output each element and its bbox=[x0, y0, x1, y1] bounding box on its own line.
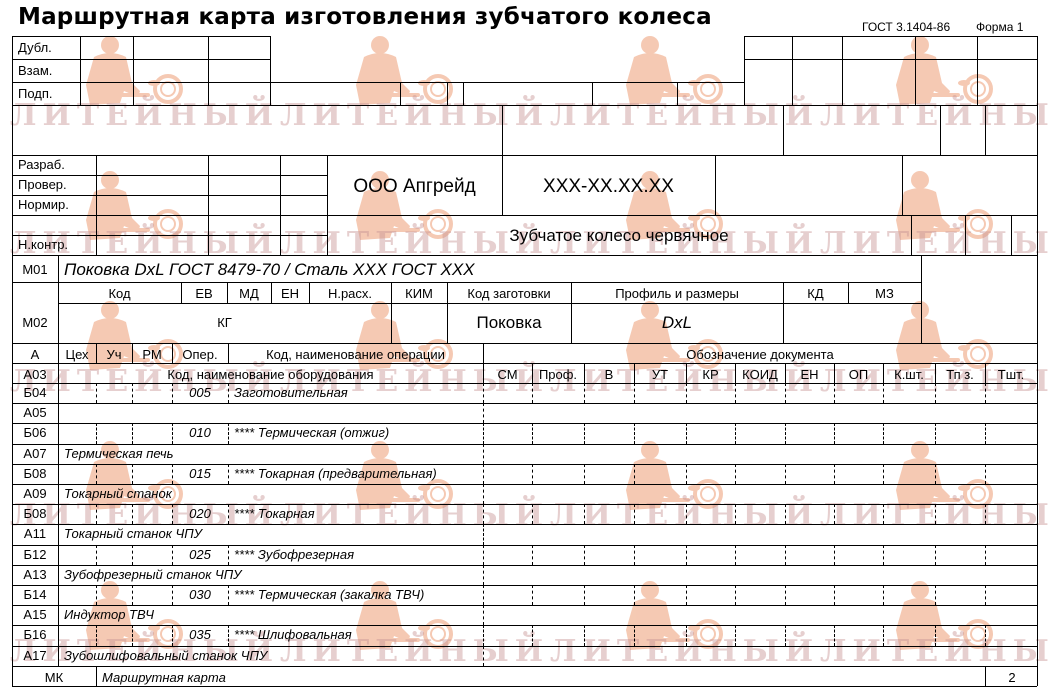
grid-line bbox=[133, 36, 134, 105]
grid-line bbox=[80, 36, 81, 105]
grid-line bbox=[584, 504, 585, 524]
watermark-text: ЛИТЕЙНЫЙ bbox=[820, 498, 1051, 533]
operation-number: 025 bbox=[172, 547, 228, 563]
grid-line bbox=[735, 423, 736, 444]
row-code: А07 bbox=[12, 446, 58, 462]
grid-line bbox=[532, 625, 533, 646]
grid-line bbox=[58, 585, 59, 605]
grid-line bbox=[12, 282, 921, 283]
grid-line bbox=[532, 585, 533, 605]
grid-line bbox=[96, 666, 97, 686]
grid-line bbox=[483, 403, 484, 423]
label-vzam: Взам. bbox=[18, 63, 52, 79]
grid-line bbox=[58, 464, 59, 484]
grid-line bbox=[228, 585, 229, 605]
page-number: 2 bbox=[987, 670, 1037, 686]
grid-line bbox=[634, 545, 635, 565]
grid-line bbox=[735, 383, 736, 403]
grid-line bbox=[58, 545, 59, 565]
equipment-name: Зубошлифовальный станок ЧПУ bbox=[64, 648, 267, 664]
label-podp: Подп. bbox=[18, 86, 53, 102]
grid-line bbox=[834, 383, 835, 403]
watermark-text: ЛИТЕЙНЫЙ bbox=[550, 98, 819, 133]
operation-number: 005 bbox=[172, 385, 228, 401]
grid-line bbox=[532, 504, 533, 524]
grid-line bbox=[208, 36, 209, 105]
grid-line bbox=[483, 565, 484, 585]
header-ev: ЕВ bbox=[181, 286, 227, 302]
grid-line bbox=[965, 215, 966, 255]
header-en: ЕН bbox=[271, 286, 309, 302]
profile-value: DxL bbox=[571, 313, 783, 333]
grid-line bbox=[96, 423, 97, 444]
worker-watermark-icon bbox=[350, 300, 460, 375]
operation-name: Заготовительная bbox=[234, 385, 348, 401]
grid-line bbox=[584, 464, 585, 484]
page-title: Маршрутная карта изготовления зубчатого … bbox=[18, 4, 712, 30]
watermark-text: ЛИТЕЙНЫЙ bbox=[10, 98, 279, 133]
grid-line bbox=[634, 585, 635, 605]
grid-line bbox=[532, 545, 533, 565]
grid-line bbox=[483, 484, 484, 504]
header-oper: Опер. bbox=[172, 347, 228, 363]
grid-line bbox=[744, 36, 1037, 37]
worker-watermark-icon bbox=[620, 580, 730, 655]
grid-line bbox=[686, 464, 687, 484]
grid-line bbox=[735, 545, 736, 565]
grid-line bbox=[58, 444, 59, 464]
grid-line bbox=[834, 464, 835, 484]
grid-line bbox=[686, 545, 687, 565]
param-header: ЕН bbox=[785, 367, 834, 383]
grid-line bbox=[935, 383, 936, 403]
row-code: А09 bbox=[12, 486, 58, 502]
param-header: Тшт. bbox=[985, 367, 1037, 383]
grid-line bbox=[12, 235, 327, 236]
row-code-m01: М01 bbox=[12, 262, 58, 278]
grid-line bbox=[921, 255, 922, 343]
grid-line bbox=[634, 464, 635, 484]
grid-line bbox=[785, 464, 786, 484]
grid-line bbox=[634, 625, 635, 646]
header-kd: КД bbox=[783, 286, 848, 302]
grid-line bbox=[883, 545, 884, 565]
grid-line bbox=[270, 36, 271, 105]
grid-line bbox=[935, 585, 936, 605]
grid-line bbox=[883, 585, 884, 605]
header-profile: Профиль и размеры bbox=[571, 286, 783, 302]
watermark-text: ЛИТЕЙНЫЙ bbox=[820, 634, 1051, 669]
grid-line bbox=[228, 464, 229, 484]
grid-line bbox=[592, 82, 593, 105]
grid-line bbox=[483, 605, 484, 625]
watermark-text: ЛИТЕЙНЫЙ bbox=[820, 98, 1051, 133]
grid-line bbox=[584, 625, 585, 646]
grid-line bbox=[1037, 155, 1038, 686]
grid-line bbox=[96, 464, 97, 484]
grid-line bbox=[228, 423, 229, 444]
grid-line bbox=[58, 423, 59, 444]
grid-line bbox=[1037, 36, 1038, 155]
watermark-text: ЛИТЕЙНЫЙ bbox=[550, 634, 819, 669]
grid-line bbox=[12, 484, 1037, 485]
grid-line bbox=[58, 646, 59, 666]
grid-line bbox=[686, 504, 687, 524]
part-name: Зубчатое колесо червячное bbox=[327, 226, 911, 246]
grid-line bbox=[483, 504, 484, 524]
row-code: Б04 bbox=[12, 385, 58, 401]
grid-line bbox=[584, 383, 585, 403]
param-header: Тп з. bbox=[935, 367, 985, 383]
grid-line bbox=[584, 423, 585, 444]
header-operation-name: Код, наименование операции bbox=[228, 347, 483, 363]
grid-line bbox=[208, 155, 209, 255]
grid-line bbox=[280, 155, 281, 255]
grid-line bbox=[715, 155, 716, 215]
grid-line bbox=[483, 646, 484, 666]
param-header: Проф. bbox=[532, 367, 584, 383]
worker-watermark-icon bbox=[620, 300, 730, 375]
header-equipment: Код, наименование оборудования bbox=[58, 367, 483, 383]
grid-line bbox=[58, 625, 59, 646]
operation-number: 020 bbox=[172, 506, 228, 522]
grid-line bbox=[911, 215, 912, 255]
grid-line bbox=[12, 585, 1037, 586]
worker-watermark-icon bbox=[80, 35, 190, 110]
param-header: КР bbox=[686, 367, 735, 383]
grid-line bbox=[985, 105, 986, 155]
grid-line bbox=[483, 464, 484, 484]
grid-line bbox=[463, 82, 464, 105]
grid-line bbox=[12, 155, 1037, 156]
row-code-a03: А03 bbox=[12, 367, 58, 383]
grid-line bbox=[834, 625, 835, 646]
operation-number: 035 bbox=[172, 627, 228, 643]
grid-line bbox=[58, 524, 59, 545]
operation-number: 015 bbox=[172, 466, 228, 482]
operation-name: **** Зубофрезерная bbox=[234, 547, 354, 563]
grid-line bbox=[58, 504, 59, 524]
grid-line bbox=[12, 686, 1037, 687]
standard-label: ГОСТ 3.1404-86 bbox=[862, 20, 950, 34]
watermark-text: ЛИТЕЙНЫЙ bbox=[280, 498, 549, 533]
grid-line bbox=[935, 423, 936, 444]
material-text: Поковка DxL ГОСТ 8479-70 / Сталь XXX ГОС… bbox=[64, 260, 475, 280]
grid-line bbox=[58, 383, 59, 403]
grid-line bbox=[58, 303, 921, 304]
grid-line bbox=[327, 215, 1037, 216]
grid-line bbox=[12, 255, 1037, 256]
grid-line bbox=[935, 504, 936, 524]
grid-line bbox=[132, 585, 133, 605]
grid-line bbox=[58, 484, 59, 504]
param-header: ОП bbox=[834, 367, 883, 383]
grid-line bbox=[785, 545, 786, 565]
grid-line bbox=[985, 383, 986, 403]
grid-line bbox=[985, 585, 986, 605]
grid-line bbox=[985, 625, 986, 646]
grid-line bbox=[686, 423, 687, 444]
grid-line bbox=[12, 444, 1037, 445]
grid-line bbox=[483, 524, 484, 545]
grid-line bbox=[228, 545, 229, 565]
grid-line bbox=[902, 155, 903, 215]
grid-line bbox=[483, 625, 484, 646]
document-code: XXX-XX.XX.XX bbox=[502, 176, 715, 198]
grid-line bbox=[532, 423, 533, 444]
grid-line bbox=[400, 82, 401, 105]
operation-name: **** Токарная (предварительная) bbox=[234, 466, 437, 482]
grid-line bbox=[12, 524, 1037, 525]
row-code: А11 bbox=[12, 526, 58, 542]
grid-line bbox=[834, 545, 835, 565]
grid-line bbox=[12, 36, 270, 37]
grid-line bbox=[132, 625, 133, 646]
grid-line bbox=[12, 343, 1037, 344]
grid-line bbox=[634, 423, 635, 444]
grid-line bbox=[634, 504, 635, 524]
grid-line bbox=[96, 625, 97, 646]
equipment-name: Токарный станок bbox=[64, 486, 172, 502]
row-code-m02: М02 bbox=[12, 315, 58, 331]
grid-line bbox=[935, 545, 936, 565]
grid-line bbox=[1011, 215, 1012, 255]
grid-line bbox=[940, 105, 941, 155]
header-kim: КИМ bbox=[391, 286, 447, 302]
grid-line bbox=[883, 504, 884, 524]
footer-code: МК bbox=[12, 670, 96, 686]
footer-name: Маршрутная карта bbox=[102, 670, 226, 686]
grid-line bbox=[12, 565, 1037, 566]
grid-line bbox=[785, 423, 786, 444]
row-code: Б06 bbox=[12, 425, 58, 441]
grid-line bbox=[483, 383, 484, 403]
operation-number: 010 bbox=[172, 425, 228, 441]
grid-line bbox=[883, 464, 884, 484]
grid-line bbox=[132, 423, 133, 444]
param-header: УТ bbox=[634, 367, 686, 383]
grid-line bbox=[58, 605, 59, 625]
grid-line bbox=[58, 255, 59, 282]
grid-line bbox=[785, 504, 786, 524]
row-code: Б16 bbox=[12, 627, 58, 643]
blank-type-value: Поковка bbox=[447, 313, 571, 333]
grid-line bbox=[58, 565, 59, 585]
worker-watermark-icon bbox=[620, 35, 730, 110]
header-uch: Уч bbox=[96, 347, 132, 363]
grid-line bbox=[12, 605, 1037, 606]
grid-line bbox=[915, 36, 916, 105]
grid-line bbox=[735, 504, 736, 524]
grid-line bbox=[12, 666, 1037, 667]
grid-line bbox=[883, 423, 884, 444]
grid-line bbox=[735, 625, 736, 646]
grid-line bbox=[483, 423, 484, 444]
header-nrash: Н.расх. bbox=[309, 286, 391, 302]
grid-line bbox=[686, 383, 687, 403]
operation-name: **** Токарная bbox=[234, 506, 315, 522]
organization-name: ООО Апгрейд bbox=[327, 176, 502, 198]
grid-line bbox=[132, 504, 133, 524]
row-code: Б08 bbox=[12, 506, 58, 522]
param-header: К.шт. bbox=[883, 367, 935, 383]
grid-line bbox=[12, 625, 1037, 626]
grid-line bbox=[584, 545, 585, 565]
worker-watermark-icon bbox=[620, 440, 730, 515]
row-code: Б14 bbox=[12, 587, 58, 603]
header-tseh: Цех bbox=[58, 347, 96, 363]
grid-line bbox=[483, 585, 484, 605]
grid-line bbox=[12, 215, 327, 216]
header-a: А bbox=[12, 347, 58, 363]
grid-line bbox=[228, 383, 229, 403]
grid-line bbox=[785, 383, 786, 403]
header-document: Обозначение документа bbox=[483, 347, 1037, 363]
row-code: А15 bbox=[12, 607, 58, 623]
param-header: СМ bbox=[483, 367, 532, 383]
grid-line bbox=[935, 625, 936, 646]
grid-line bbox=[744, 59, 1037, 60]
grid-line bbox=[12, 59, 270, 60]
equipment-name: Токарный станок ЧПУ bbox=[64, 526, 202, 542]
grid-line bbox=[977, 36, 978, 105]
worker-watermark-icon bbox=[80, 300, 190, 375]
grid-line bbox=[985, 545, 986, 565]
grid-line bbox=[270, 82, 744, 83]
operation-number: 030 bbox=[172, 587, 228, 603]
grid-line bbox=[883, 383, 884, 403]
grid-line bbox=[12, 105, 13, 255]
param-header: В bbox=[584, 367, 634, 383]
watermark-text: ЛИТЕЙНЫЙ bbox=[280, 98, 549, 133]
worker-watermark-icon bbox=[890, 440, 1000, 515]
grid-line bbox=[834, 585, 835, 605]
grid-line bbox=[132, 383, 133, 403]
grid-line bbox=[12, 464, 1037, 465]
grid-line bbox=[12, 195, 327, 196]
grid-line bbox=[783, 105, 784, 155]
grid-line bbox=[12, 646, 1037, 647]
grid-line bbox=[12, 105, 1037, 106]
row-code: А13 bbox=[12, 567, 58, 583]
grid-line bbox=[483, 444, 484, 464]
operation-name: **** Шлифовальная bbox=[234, 627, 352, 643]
grid-line bbox=[584, 585, 585, 605]
grid-line bbox=[12, 423, 1037, 424]
row-code: Б12 bbox=[12, 547, 58, 563]
grid-line bbox=[883, 625, 884, 646]
worker-watermark-icon bbox=[890, 35, 1000, 110]
grid-line bbox=[12, 36, 13, 105]
grid-line bbox=[532, 464, 533, 484]
worker-watermark-icon bbox=[80, 170, 190, 245]
grid-line bbox=[735, 464, 736, 484]
header-kod: Код bbox=[58, 286, 181, 302]
label-razrab: Разраб. bbox=[18, 157, 65, 173]
row-code: А05 bbox=[12, 405, 58, 421]
watermark-text: ЛИТЕЙНЫЙ bbox=[550, 498, 819, 533]
equipment-name: Индуктор ТВЧ bbox=[64, 607, 154, 623]
worker-watermark-icon bbox=[890, 300, 1000, 375]
grid-line bbox=[834, 423, 835, 444]
grid-line bbox=[132, 464, 133, 484]
equipment-name: Термическая печь bbox=[64, 446, 173, 462]
grid-line bbox=[12, 504, 1037, 505]
grid-line bbox=[96, 504, 97, 524]
grid-line bbox=[12, 403, 1037, 404]
grid-line bbox=[985, 423, 986, 444]
grid-line bbox=[483, 545, 484, 565]
unit-value: КГ bbox=[58, 315, 391, 331]
grid-line bbox=[12, 82, 270, 83]
grid-line bbox=[502, 105, 503, 155]
header-mz: МЗ bbox=[848, 286, 921, 302]
grid-line bbox=[447, 82, 448, 105]
row-code: А17 bbox=[12, 648, 58, 664]
equipment-name: Зубофрезерный станок ЧПУ bbox=[64, 567, 241, 583]
grid-line bbox=[834, 504, 835, 524]
grid-line bbox=[96, 383, 97, 403]
grid-line bbox=[12, 383, 1037, 384]
grid-line bbox=[58, 403, 59, 423]
header-kod-zagotovki: Код заготовки bbox=[447, 286, 571, 302]
grid-line bbox=[677, 82, 678, 105]
grid-line bbox=[228, 625, 229, 646]
grid-line bbox=[735, 585, 736, 605]
grid-line bbox=[785, 585, 786, 605]
grid-line bbox=[792, 36, 793, 105]
grid-line bbox=[935, 464, 936, 484]
label-dubl: Дубл. bbox=[18, 40, 52, 56]
header-rm: РМ bbox=[132, 347, 172, 363]
header-md: МД bbox=[227, 286, 271, 302]
grid-line bbox=[744, 36, 745, 105]
grid-line bbox=[532, 383, 533, 403]
worker-watermark-icon bbox=[890, 580, 1000, 655]
label-normir: Нормир. bbox=[18, 197, 69, 213]
form-label: Форма 1 bbox=[976, 20, 1023, 34]
grid-line bbox=[842, 36, 843, 105]
grid-line bbox=[634, 383, 635, 403]
grid-line bbox=[96, 545, 97, 565]
grid-line bbox=[686, 585, 687, 605]
operation-name: **** Термическая (отжиг) bbox=[234, 425, 389, 441]
grid-line bbox=[686, 625, 687, 646]
row-code: Б08 bbox=[12, 466, 58, 482]
grid-line bbox=[96, 585, 97, 605]
grid-line bbox=[12, 545, 1037, 546]
worker-watermark-icon bbox=[350, 35, 460, 110]
label-nkontr: Н.контр. bbox=[18, 237, 68, 253]
param-header: КОИД bbox=[735, 367, 785, 383]
grid-line bbox=[785, 625, 786, 646]
grid-line bbox=[228, 504, 229, 524]
grid-line bbox=[985, 464, 986, 484]
grid-line bbox=[12, 175, 327, 176]
grid-line bbox=[132, 545, 133, 565]
grid-line bbox=[985, 666, 986, 686]
label-prover: Провер. bbox=[18, 177, 67, 193]
grid-line bbox=[985, 504, 986, 524]
operation-name: **** Термическая (закалка ТВЧ) bbox=[234, 587, 424, 603]
grid-line bbox=[96, 155, 97, 255]
grid-line bbox=[12, 363, 1037, 364]
